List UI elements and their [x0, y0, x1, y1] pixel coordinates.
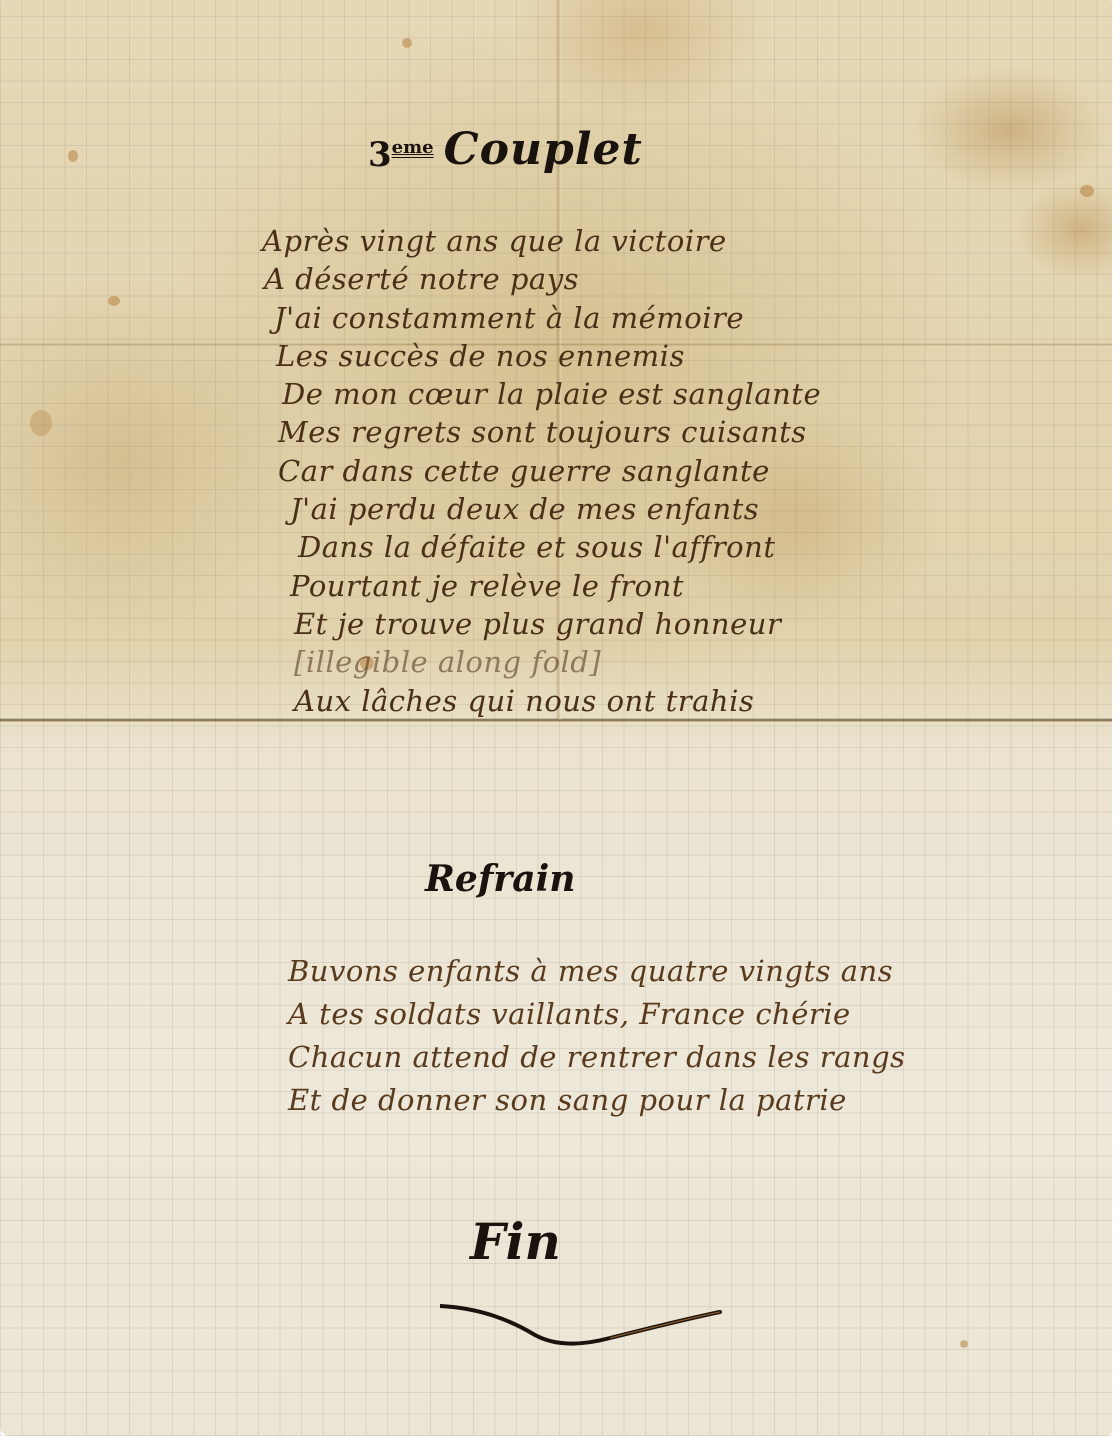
verse-line: De mon cœur la plaie est sanglante — [262, 375, 882, 413]
verse-line: Aux lâches qui nous ont trahis — [262, 682, 882, 720]
verse-line: A déserté notre pays — [262, 260, 882, 298]
rust-stain — [1080, 185, 1094, 197]
verse-line: Les succès de nos ennemis — [262, 337, 882, 375]
verse-line: J'ai perdu deux de mes enfants — [262, 490, 882, 528]
refrain-line: Buvons enfants à mes quatre vingts ans — [288, 950, 948, 993]
verse-title-word: Couplet — [444, 128, 643, 172]
verse-line: Et je trouve plus grand honneur — [262, 605, 882, 643]
verse-line-illegible: [illegible along fold] — [262, 643, 882, 681]
paper-sheet: 3eme Couplet Après vingt ans que la vict… — [0, 0, 1112, 1436]
verse-line: Dans la défaite et sous l'affront — [262, 528, 882, 566]
closing-word: Fin — [470, 1212, 561, 1271]
refrain-line: Chacun attend de rentrer dans les rangs — [288, 1036, 948, 1079]
rust-stain — [108, 296, 120, 306]
verse-line: Après vingt ans que la victoire — [262, 222, 882, 260]
rust-stain — [960, 1340, 968, 1348]
verse-line: J'ai constamment à la mémoire — [262, 299, 882, 337]
refrain-title: Refrain — [425, 858, 575, 900]
flourish-underline — [440, 1280, 740, 1350]
refrain-lines: Buvons enfants à mes quatre vingts ans A… — [288, 950, 948, 1122]
verse-line: Pourtant je relève le front — [262, 567, 882, 605]
rust-stain — [30, 410, 52, 436]
rust-stain — [68, 150, 78, 162]
verse-title-number: 3 — [368, 138, 392, 172]
rust-stain — [402, 38, 412, 48]
verse-title-superscript: eme — [392, 137, 434, 158]
verse-title: 3eme Couplet — [368, 128, 643, 172]
refrain-line: A tes soldats vaillants, France chérie — [288, 993, 948, 1036]
verse-line: Car dans cette guerre sanglante — [262, 452, 882, 490]
verse-line: Mes regrets sont toujours cuisants — [262, 413, 882, 451]
refrain-line: Et de donner son sang pour la patrie — [288, 1079, 948, 1122]
verse-lines: Après vingt ans que la victoire A désert… — [262, 222, 882, 720]
